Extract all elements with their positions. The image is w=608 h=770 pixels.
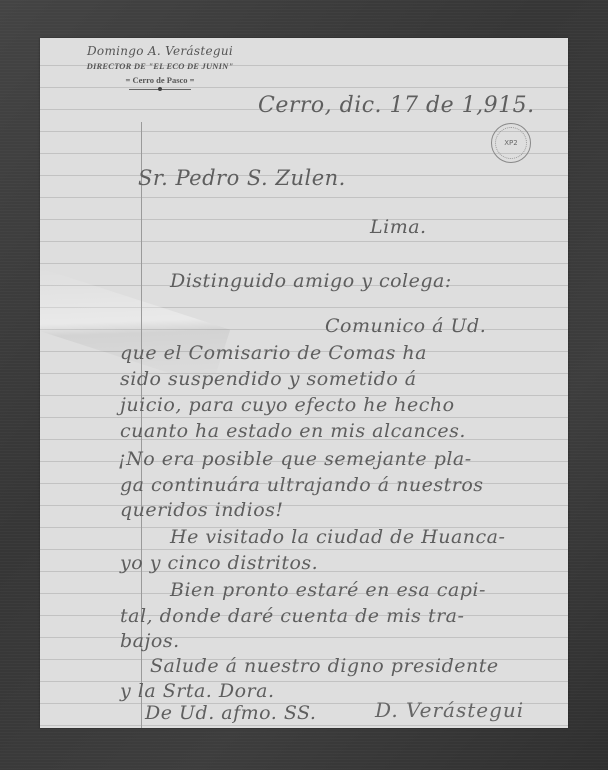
body-line: sido suspendido y sometido á	[120, 368, 417, 390]
body-line: queridos indios!	[120, 499, 284, 521]
body-line: que el Comisario de Comas ha	[120, 342, 427, 364]
body-line: cuanto ha estado en mis alcances.	[120, 420, 466, 442]
body-line: y la Srta. Dora.	[120, 680, 274, 702]
body-line: juicio, para cuyo efecto he hecho	[120, 394, 455, 416]
body-line: He visitado la ciudad de Huanca-	[170, 526, 505, 548]
body-line: ga continuára ultrajando á nuestros	[120, 474, 484, 496]
body-line: bajos.	[120, 630, 180, 652]
body-line: ¡No era posible que semejante pla-	[118, 448, 472, 470]
letterhead-place: = Cerro de Pasco =	[60, 75, 260, 85]
letterhead-ornament	[129, 89, 191, 90]
body-line: tal, donde daré cuenta de mis tra-	[120, 605, 464, 627]
salutation: Distinguido amigo y colega:	[170, 270, 452, 292]
letterhead-name: Domingo A. Verástegui	[60, 44, 260, 58]
stamp-text: XP2	[504, 139, 517, 147]
letterhead: Domingo A. Verástegui DIRECTOR DE "EL EC…	[60, 44, 260, 90]
letter-paper: Domingo A. Verástegui DIRECTOR DE "EL EC…	[40, 38, 568, 728]
recipient-city: Lima.	[370, 216, 427, 238]
body-line: yo y cinco distritos.	[120, 552, 318, 574]
body-line: Bien pronto estaré en esa capi-	[170, 579, 486, 601]
letterhead-title: DIRECTOR DE "EL ECO DE JUNIN"	[60, 61, 260, 71]
date-line: Cerro, dic. 17 de 1,915.	[258, 93, 535, 118]
body-line: Salude á nuestro digno presidente	[150, 655, 499, 677]
body-line: Comunico á Ud.	[325, 315, 486, 337]
archive-seal-icon: XP2	[491, 123, 531, 163]
recipient-name: Sr. Pedro S. Zulen.	[138, 166, 346, 190]
closing: De Ud. afmo. SS.	[145, 702, 316, 724]
signature: D. Verástegui	[375, 698, 524, 722]
